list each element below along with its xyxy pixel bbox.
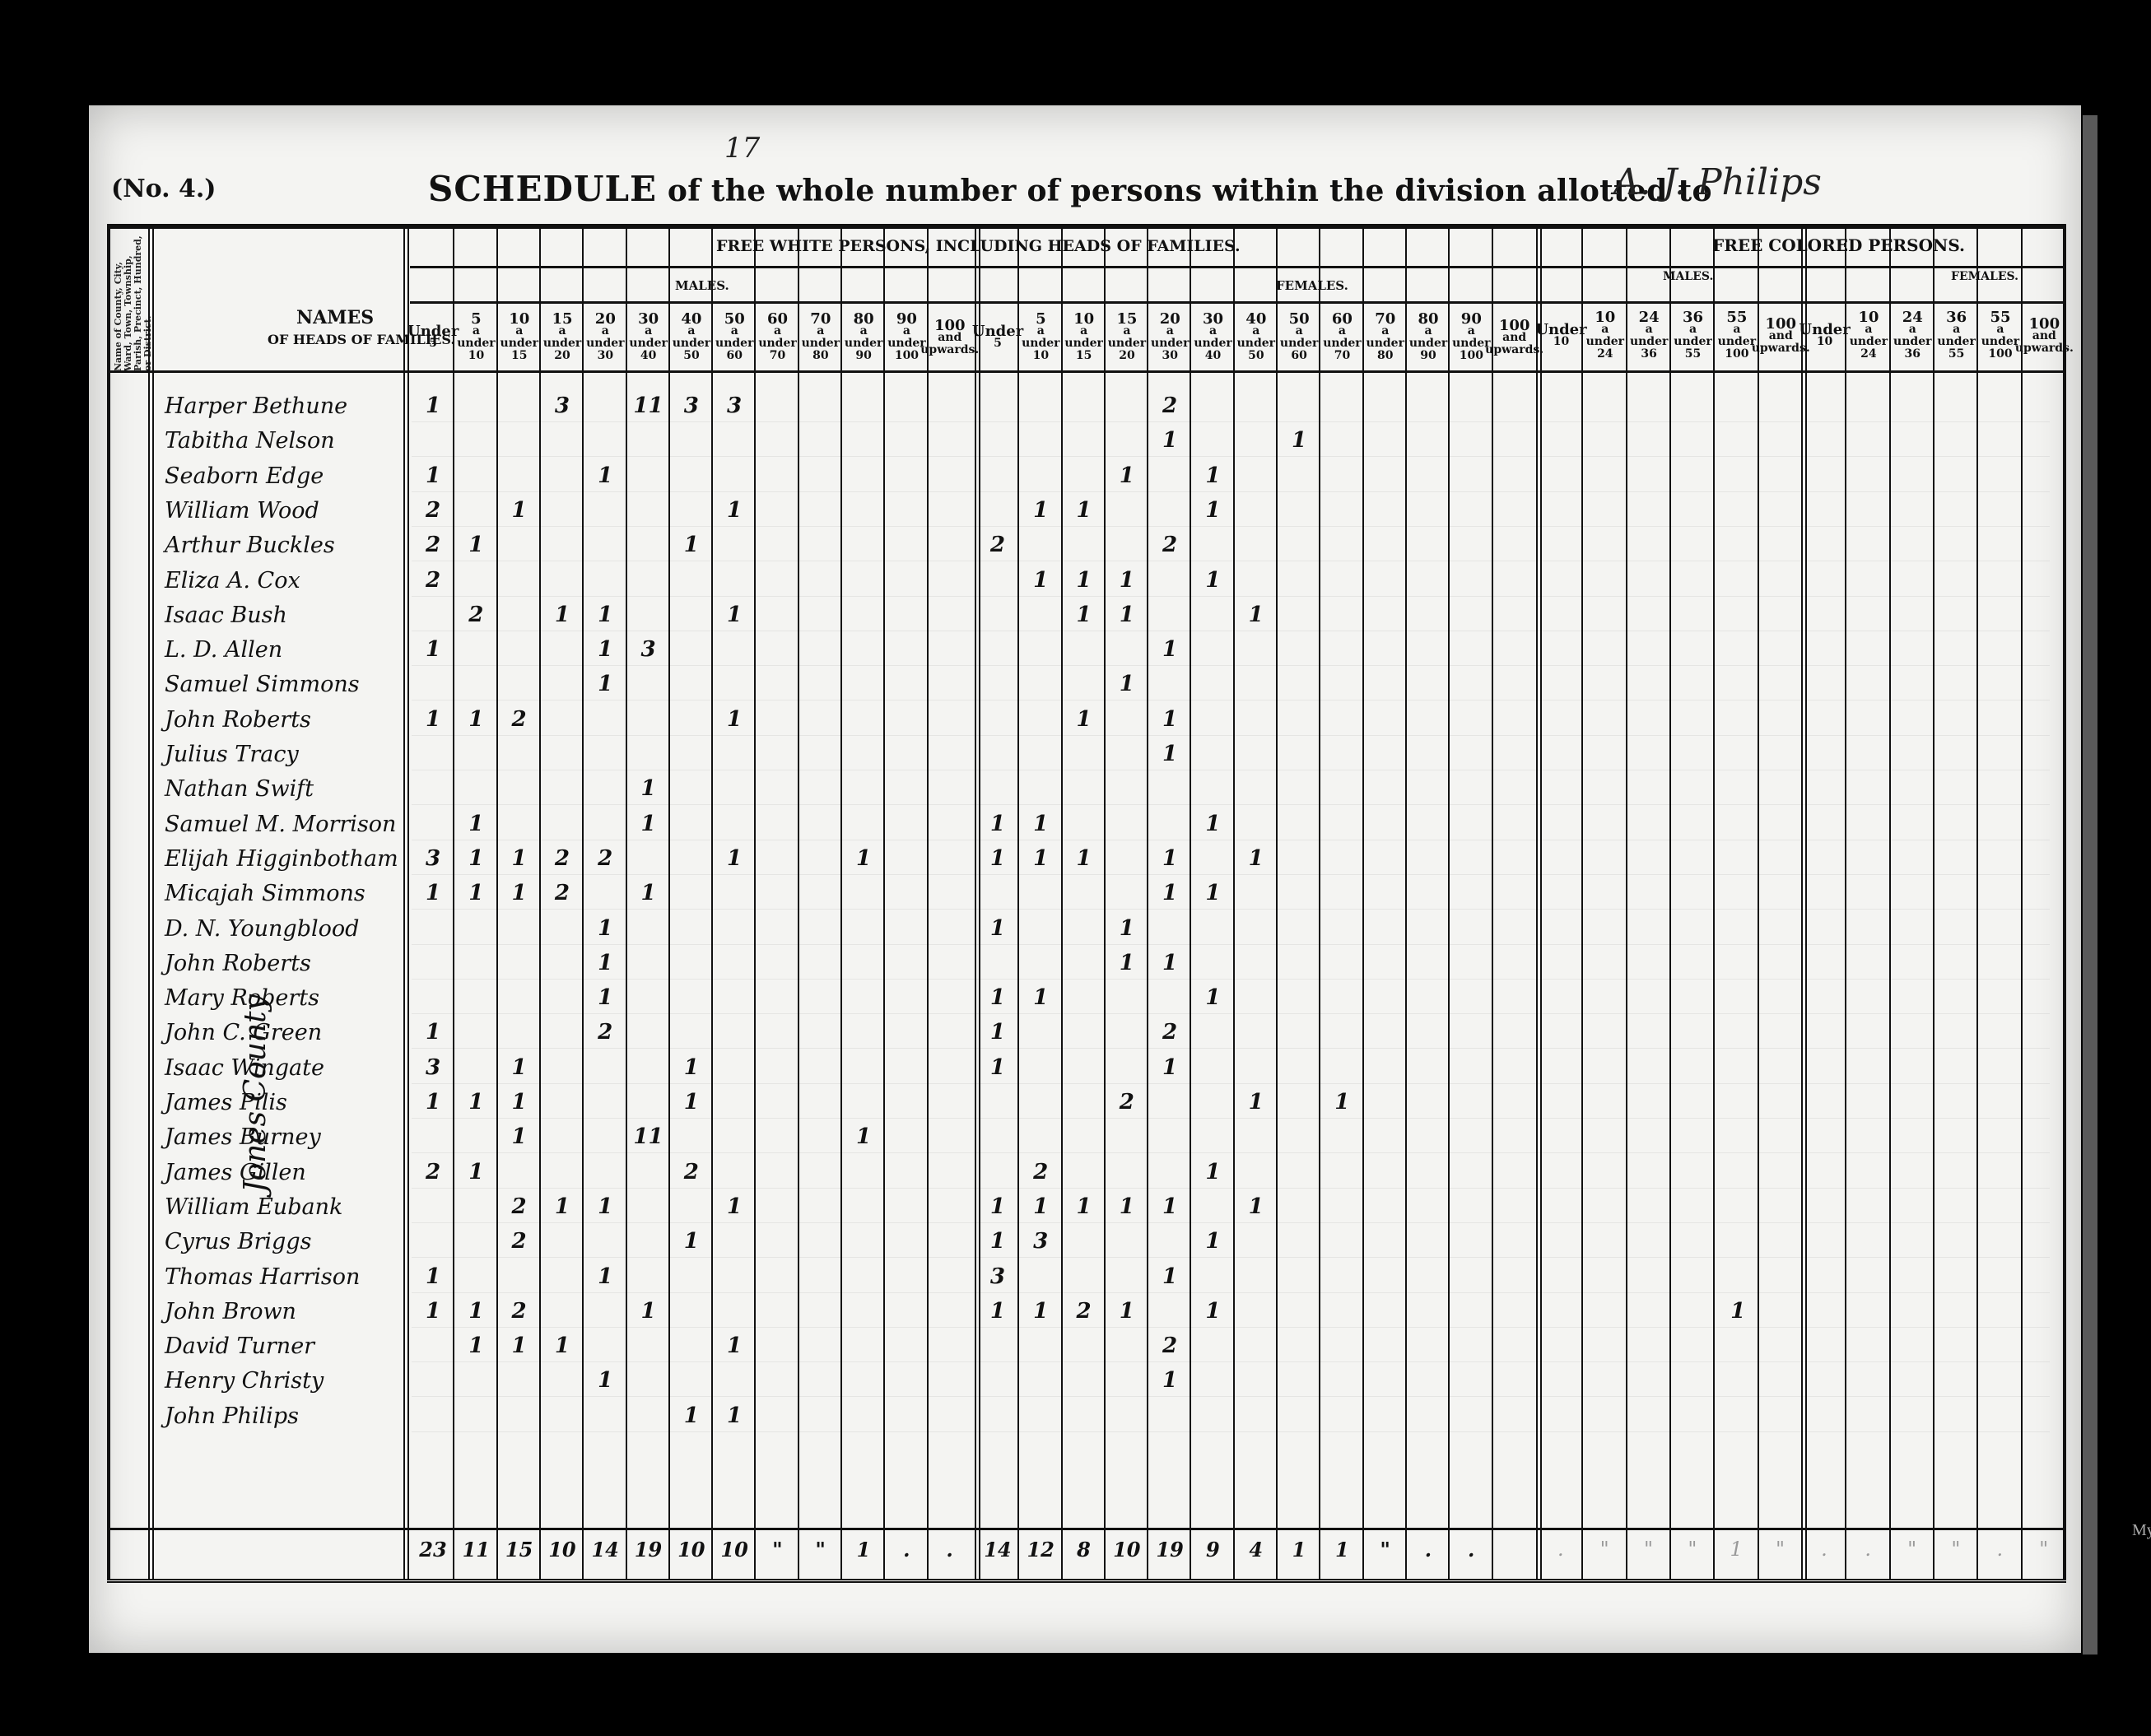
male-count: 1: [589, 985, 622, 1010]
male-count: 1: [417, 1020, 449, 1045]
male-count: 2: [589, 846, 622, 871]
age-column-bottom: a under 60: [713, 325, 756, 362]
male-count: 1: [417, 707, 449, 732]
age-column-header: 30a under 40: [627, 305, 670, 370]
age-column-bottom: and upwards.: [920, 332, 979, 356]
total-male: ": [803, 1538, 839, 1561]
ruled-line: [412, 840, 2050, 840]
female-count: 2: [1153, 1020, 1186, 1045]
male-count: 3: [546, 393, 579, 418]
male-count: 1: [459, 533, 492, 557]
ruled-line: [412, 526, 2050, 527]
head-of-family-name: L. D. Allen: [165, 637, 282, 663]
female-count: 1: [1240, 1194, 1273, 1219]
male-count: 11: [632, 1124, 665, 1149]
head-of-family-name: William Eubank: [165, 1194, 342, 1220]
male-count: 1: [503, 498, 536, 523]
female-count: 1: [1024, 1299, 1057, 1324]
column-rule: [496, 229, 498, 1579]
female-count: 1: [1153, 1194, 1186, 1219]
age-column-bottom: a under 24: [1583, 323, 1627, 361]
colored-females-label: FEMALES.: [1951, 270, 2018, 283]
column-rule: [1536, 229, 1542, 1579]
page-edge: [2083, 115, 2097, 1655]
age-column-bottom: a under 50: [670, 325, 713, 362]
female-count: 1: [1153, 1368, 1186, 1393]
age-column-bottom: a under 36: [1627, 323, 1671, 361]
total-colored: .: [1981, 1538, 2018, 1561]
female-count: 3: [1024, 1229, 1057, 1254]
female-count: 1: [981, 846, 1014, 871]
female-count: 2: [1153, 1333, 1186, 1358]
head-of-family-name: Henry Christy: [165, 1368, 324, 1394]
male-count: 1: [632, 812, 665, 836]
ruled-line: [412, 1431, 2050, 1432]
male-count: 2: [417, 1160, 449, 1184]
female-count: 1: [1153, 846, 1186, 871]
male-count: 1: [589, 603, 622, 627]
age-column-bottom: a under 15: [498, 325, 541, 362]
male-count: 1: [459, 812, 492, 836]
male-count: 1: [718, 498, 751, 523]
age-column-top: Under: [1535, 323, 1586, 336]
female-count: 1: [1196, 812, 1229, 836]
column-rule: [1276, 229, 1278, 1579]
column-rule: [1713, 229, 1715, 1579]
female-count: 1: [1240, 846, 1273, 871]
female-count: 1: [1110, 672, 1143, 696]
district-column-header: Name of County, City, Ward, Town, Townsh…: [114, 235, 143, 371]
age-column-top: 70: [1375, 313, 1395, 325]
male-count: 1: [459, 1160, 492, 1184]
colored-age-column-header: 10a under 24: [1583, 303, 1627, 369]
total-female: 8: [1066, 1538, 1102, 1561]
female-count: 2: [1068, 1299, 1101, 1324]
ruled-line: [412, 1083, 2050, 1084]
head-of-family-name: Mary Roberts: [165, 985, 319, 1011]
age-column-top: Under: [972, 325, 1023, 337]
column-rule: [1492, 229, 1493, 1579]
female-count: 1: [1110, 603, 1143, 627]
male-count: 1: [417, 1299, 449, 1324]
male-count: 2: [459, 603, 492, 627]
total-male: .: [888, 1538, 924, 1561]
total-female: .: [1453, 1538, 1489, 1561]
column-rule: [1581, 229, 1583, 1579]
male-count: 2: [503, 1229, 536, 1254]
male-count: 1: [546, 1333, 579, 1358]
column-rule: [2063, 229, 2066, 1579]
age-column-header: 50a under 60: [713, 305, 756, 370]
male-count: 1: [417, 393, 449, 418]
age-column-top: 24: [1902, 311, 1923, 323]
male-count: 1: [675, 1403, 708, 1428]
total-colored: ": [1674, 1538, 1711, 1561]
head-of-family-name: Eliza A. Cox: [165, 568, 300, 593]
female-count: 1: [1153, 951, 1186, 975]
age-column-top: 5: [1036, 313, 1046, 325]
head-of-family-name: Samuel Simmons: [165, 672, 360, 697]
age-column-top: 55: [1990, 311, 2010, 323]
column-rule: [927, 229, 929, 1579]
female-count: 1: [1240, 1090, 1273, 1115]
total-female: 9: [1194, 1538, 1231, 1561]
age-column-top: 50: [724, 313, 745, 325]
age-column-bottom: a under 30: [584, 325, 626, 362]
rule: [107, 370, 2066, 373]
male-count: 1: [503, 881, 536, 905]
column-rule: [1405, 229, 1407, 1579]
column-rule: [1448, 229, 1450, 1579]
male-count: 1: [718, 1194, 751, 1219]
head-of-family-name: Seaborn Edge: [165, 463, 324, 489]
age-column-top: 24: [1639, 311, 1660, 323]
ruled-line: [412, 1257, 2050, 1258]
head-of-family-name: Tabitha Nelson: [165, 428, 335, 454]
age-column-bottom: a under 10: [454, 325, 497, 362]
male-count: 2: [503, 1194, 536, 1219]
colored-age-column-header: 24a under 36: [1627, 303, 1671, 369]
total-male: 23: [415, 1538, 451, 1561]
male-count: 1: [718, 1333, 751, 1358]
male-count: 1: [589, 637, 622, 662]
total-female: 1: [1281, 1538, 1317, 1561]
male-count: 1: [546, 603, 579, 627]
female-count: 1: [1024, 498, 1057, 523]
ruled-line: [412, 944, 2050, 945]
ruled-line: [412, 491, 2050, 492]
age-column-top: 10: [509, 313, 529, 325]
female-count: 1: [981, 1020, 1014, 1045]
head-of-family-name: Julius Tracy: [165, 742, 299, 767]
female-count: 1: [1196, 1299, 1229, 1324]
head-of-family-name: David Turner: [165, 1333, 314, 1359]
colored-age-column-header: 36a under 55: [1935, 303, 1978, 369]
male-count: 1: [847, 1124, 880, 1149]
age-column-top: 5: [471, 313, 482, 325]
column-rule: [754, 229, 756, 1579]
total-male: 1: [845, 1538, 882, 1561]
column-rule: [1362, 229, 1364, 1579]
male-count: 1: [417, 1090, 449, 1115]
age-column-header: 70a under 80: [1364, 305, 1407, 370]
total-male: 10: [673, 1538, 710, 1561]
age-column-header: 60a under 70: [1320, 305, 1363, 370]
column-rule: [1889, 229, 1891, 1579]
age-column-top: 30: [1203, 313, 1223, 325]
male-count: 2: [546, 846, 579, 871]
age-column-header: 100and upwards.: [1493, 305, 1536, 370]
column-rule: [1845, 229, 1846, 1579]
age-column-top: 70: [810, 313, 831, 325]
head-of-family-name: John Philips: [165, 1403, 299, 1429]
male-count: 1: [675, 1055, 708, 1080]
total-male: ": [759, 1538, 795, 1561]
age-column-top: 80: [1418, 313, 1439, 325]
ruled-line: [412, 1118, 2050, 1119]
female-count: 1: [1240, 603, 1273, 627]
head-of-family-name: Isaac Bush: [165, 603, 287, 628]
male-count: 3: [417, 1055, 449, 1080]
male-count: 1: [718, 1403, 751, 1428]
schedule-title: SCHEDULE of the whole number of persons …: [428, 169, 1712, 209]
colored-count: 1: [1721, 1299, 1754, 1324]
male-count: 1: [503, 1090, 536, 1115]
female-count: 1: [981, 812, 1014, 836]
column-rule: [582, 229, 584, 1579]
age-column-top: 100: [2029, 318, 2060, 330]
female-count: 1: [1068, 568, 1101, 593]
female-count: 1: [1024, 568, 1057, 593]
female-count: 1: [1196, 1160, 1229, 1184]
rule: [410, 266, 2066, 268]
head-of-family-name: Nathan Swift: [165, 776, 314, 802]
male-count: 2: [417, 533, 449, 557]
male-count: 1: [459, 1299, 492, 1324]
names-header-line1: NAMES: [296, 307, 374, 328]
colored-age-column-header: Under10: [1539, 303, 1583, 369]
head-of-family-name: D. N. Youngblood: [165, 916, 359, 942]
age-column-top: 55: [1726, 311, 1747, 323]
age-column-bottom: a under 40: [627, 325, 670, 362]
male-count: 1: [589, 1368, 622, 1393]
total-male: 10: [716, 1538, 752, 1561]
column-rule: [453, 229, 454, 1579]
female-count: 3: [981, 1264, 1014, 1289]
age-column-top: 36: [1683, 311, 1703, 323]
ruled-line: [412, 874, 2050, 875]
head-of-family-name: John Roberts: [165, 951, 311, 976]
ruled-line: [412, 561, 2050, 561]
age-column-top: 36: [1946, 311, 1967, 323]
head-of-family-name: John Roberts: [165, 707, 311, 733]
age-column-bottom: a under 20: [541, 325, 584, 362]
age-column-header: 15a under 20: [1106, 305, 1148, 370]
ruled-line: [412, 770, 2050, 770]
male-count: 3: [417, 846, 449, 871]
age-column-top: 20: [1160, 313, 1180, 325]
age-column-header: Under5: [412, 305, 454, 370]
column-rule: [1758, 229, 1759, 1579]
male-count: 2: [503, 1299, 536, 1324]
male-count: 1: [546, 1194, 579, 1219]
white-females-label: FEMALES.: [1276, 278, 1348, 293]
male-count: 1: [847, 846, 880, 871]
total-colored: ": [1762, 1538, 1799, 1561]
female-count: 1: [1196, 568, 1229, 593]
female-count: 2: [981, 533, 1014, 557]
column-rule: [1976, 229, 1978, 1579]
head-of-family-name: Micajah Simmons: [165, 881, 365, 906]
age-column-bottom: a under 70: [756, 325, 798, 362]
total-colored: ": [1586, 1538, 1623, 1561]
age-column-bottom: a under 30: [1148, 325, 1191, 362]
female-count: 2: [1110, 1090, 1143, 1115]
male-count: 2: [417, 498, 449, 523]
male-count: 1: [417, 1264, 449, 1289]
age-column-top: 60: [1332, 313, 1353, 325]
male-count: 2: [589, 1020, 622, 1045]
page-mark: 17: [724, 132, 760, 165]
head-of-family-name: Isaac Wingate: [165, 1055, 324, 1081]
age-column-bottom: a under 55: [1671, 323, 1715, 361]
age-column-bottom: 10: [1817, 336, 1832, 348]
total-female: .: [1410, 1538, 1446, 1561]
ruled-line: [412, 1396, 2050, 1397]
age-column-bottom: a under 40: [1191, 325, 1234, 362]
column-rule: [626, 229, 627, 1579]
ruled-line: [412, 1048, 2050, 1049]
ruled-line: [412, 421, 2050, 422]
ruled-line: [412, 1222, 2050, 1223]
female-count: 1: [1024, 1194, 1057, 1219]
form-number: (No. 4.): [111, 175, 216, 203]
watermark: MyFamily.com: [2132, 1521, 2151, 1540]
column-rule: [840, 229, 842, 1579]
female-count: 1: [1153, 742, 1186, 766]
female-count: 1: [1153, 637, 1186, 662]
head-of-family-name: John C. Green: [165, 1020, 322, 1045]
female-count: 1: [1110, 916, 1143, 941]
age-column-bottom: a under 50: [1235, 325, 1278, 362]
total-female: ": [1367, 1538, 1404, 1561]
ruled-line: [412, 631, 2050, 631]
female-count: 1: [1110, 1299, 1143, 1324]
female-count: 1: [1068, 707, 1101, 732]
colored-age-column-header: 10a under 24: [1846, 303, 1890, 369]
column-rule: [798, 229, 799, 1579]
age-column-header: 15a under 20: [541, 305, 584, 370]
column-rule: [1801, 229, 1807, 1579]
ruled-line: [412, 979, 2050, 980]
column-rule: [539, 229, 541, 1579]
total-male: 15: [501, 1538, 538, 1561]
male-count: 1: [718, 603, 751, 627]
male-count: 1: [589, 1264, 622, 1289]
column-rule: [403, 229, 409, 1579]
column-rule: [668, 229, 670, 1579]
ruled-line: [412, 1152, 2050, 1153]
age-column-top: 90: [896, 313, 917, 325]
age-column-bottom: a under 10: [1019, 325, 1062, 362]
age-column-top: 40: [681, 313, 701, 325]
total-male: 14: [587, 1538, 623, 1561]
age-column-bottom: 5: [429, 337, 437, 350]
female-count: 1: [1110, 463, 1143, 488]
total-colored: ": [1631, 1538, 1667, 1561]
age-column-header: 60a under 70: [756, 305, 798, 370]
female-count: 1: [981, 1229, 1014, 1254]
total-male: 10: [544, 1538, 580, 1561]
total-female: 19: [1152, 1538, 1188, 1561]
white-males-label: MALES.: [675, 278, 729, 293]
male-count: 1: [503, 1333, 536, 1358]
male-count: 1: [459, 881, 492, 905]
column-rule: [883, 229, 885, 1579]
age-column-top: 80: [854, 313, 874, 325]
column-rule: [1147, 229, 1148, 1579]
female-count: 1: [1153, 1264, 1186, 1289]
ruled-line: [412, 909, 2050, 910]
female-count: 1: [981, 916, 1014, 941]
age-column-bottom: a under 55: [1935, 323, 1978, 361]
ruled-line: [412, 1292, 2050, 1293]
schedule-title-prefix: SCHEDULE: [428, 169, 657, 209]
head-of-family-name: Arthur Buckles: [165, 533, 335, 558]
column-rule: [1104, 229, 1106, 1579]
column-rule: [975, 229, 980, 1579]
column-rule: [1626, 229, 1627, 1579]
female-count: 1: [1110, 568, 1143, 593]
age-column-top: 40: [1245, 313, 1266, 325]
head-of-family-name: James Gillen: [165, 1160, 306, 1185]
enumerator-name: A. J. Philips: [1613, 161, 1822, 203]
female-count: 1: [1196, 463, 1229, 488]
female-count: 1: [1068, 846, 1101, 871]
age-column-header: 20a under 30: [1148, 305, 1191, 370]
age-column-top: 100: [1765, 318, 1796, 330]
male-count: 2: [417, 568, 449, 593]
age-column-header: 40a under 50: [1235, 305, 1278, 370]
male-count: 1: [718, 846, 751, 871]
ruled-line: [412, 1327, 2050, 1328]
male-count: 1: [589, 1194, 622, 1219]
female-count: 2: [1024, 1160, 1057, 1184]
male-count: 1: [459, 1333, 492, 1358]
female-count: 1: [1110, 951, 1143, 975]
colored-age-column-header: 100and upwards.: [2023, 303, 2066, 369]
female-count: 1: [1153, 881, 1186, 905]
total-colored: ": [1938, 1538, 1974, 1561]
male-count: 1: [503, 1124, 536, 1149]
female-count: 2: [1153, 393, 1186, 418]
age-column-header: 50a under 60: [1278, 305, 1320, 370]
ruled-line: [412, 665, 2050, 666]
head-of-family-name: Harper Bethune: [165, 393, 347, 419]
age-column-top: 100: [934, 319, 966, 332]
age-column-bottom: a under 60: [1278, 325, 1320, 362]
male-count: 3: [675, 393, 708, 418]
male-count: 1: [417, 637, 449, 662]
male-count: 1: [459, 1090, 492, 1115]
ruled-line: [412, 1013, 2050, 1014]
ruled-line: [412, 596, 2050, 597]
female-count: 1: [1110, 1194, 1143, 1219]
female-count: 1: [1068, 1194, 1101, 1219]
column-rule: [1933, 229, 1935, 1579]
total-female: 4: [1238, 1538, 1274, 1561]
male-count: 1: [632, 1299, 665, 1324]
female-count: 1: [981, 1055, 1014, 1080]
column-rule: [1319, 229, 1320, 1579]
age-column-top: 30: [638, 313, 659, 325]
head-of-family-name: William Wood: [165, 498, 319, 524]
column-rule: [711, 229, 713, 1579]
female-count: 1: [1196, 985, 1229, 1010]
age-column-top: 60: [767, 313, 788, 325]
age-column-bottom: a under 80: [799, 325, 842, 362]
male-count: 1: [503, 846, 536, 871]
age-column-header: 5a under 10: [454, 305, 497, 370]
total-colored: 1: [1718, 1538, 1754, 1561]
male-count: 2: [503, 707, 536, 732]
total-female: 12: [1022, 1538, 1059, 1561]
age-column-header: 80a under 90: [842, 305, 885, 370]
section-free-colored: FREE COLORED PERSONS.: [1712, 235, 1965, 255]
age-column-header: 80a under 90: [1407, 305, 1450, 370]
age-column-top: Under: [1799, 323, 1850, 336]
column-rule: [1233, 229, 1235, 1579]
